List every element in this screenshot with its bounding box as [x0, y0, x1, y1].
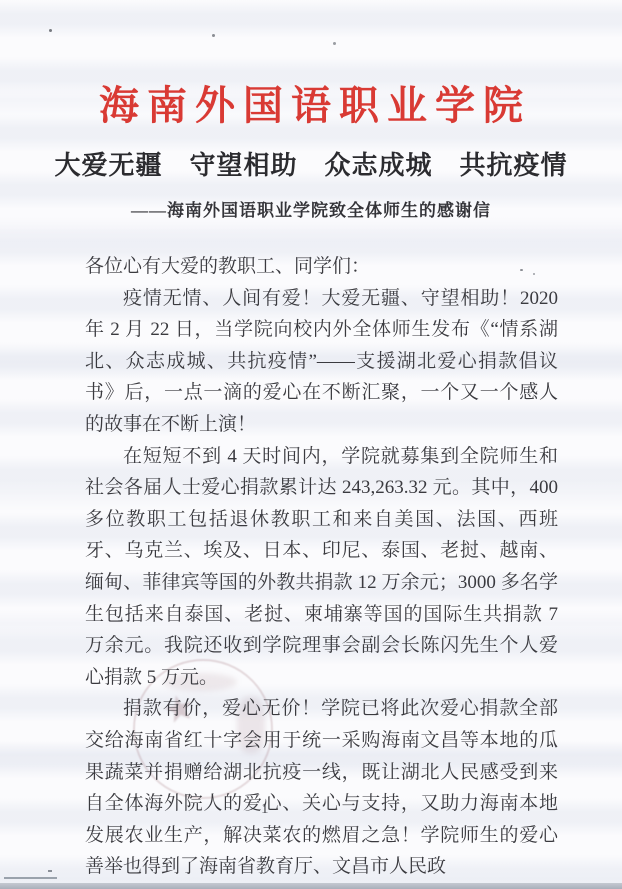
letter-body: 各位心有大爱的教职工、同学们： 疫情无情、人间有爱！大爱无疆、守望相助！2020… — [85, 251, 558, 883]
salutation: 各位心有大爱的教职工、同学们： — [85, 251, 558, 283]
scan-speck — [333, 42, 336, 45]
scan-edge-line — [4, 877, 57, 879]
page-number: 1 — [261, 801, 269, 818]
scan-speck — [212, 34, 215, 37]
letter-headline: 大爱无疆 守望相助 众志成城 共抗疫情 — [0, 145, 622, 182]
scan-speck — [49, 29, 52, 32]
scan-speck — [48, 870, 52, 872]
scan-bottom-edge — [0, 883, 622, 889]
letter-subtitle: ——海南外国语职业学院致全体师生的感谢信 — [0, 196, 622, 221]
paragraph-2: 在短短不到 4 天时间内，学院就募集到全院师生和社会各届人士爱心捐款累计达 24… — [85, 441, 558, 694]
paragraph-1: 疫情无情、人间有爱！大爱无疆、守望相助！2020 年 2 月 22 日，当学院向… — [85, 283, 558, 441]
college-title: 海南外国语职业学院 — [0, 74, 622, 131]
paragraph-3: 捐款有价，爱心无价！学院已将此次爱心捐款全部交给海南省红十字会用于统一采购海南文… — [85, 693, 558, 883]
scanned-letter-page: ★ 海南外国语职业学院 大爱无疆 守望相助 众志成城 共抗疫情 ——海南外国语职… — [0, 0, 622, 889]
